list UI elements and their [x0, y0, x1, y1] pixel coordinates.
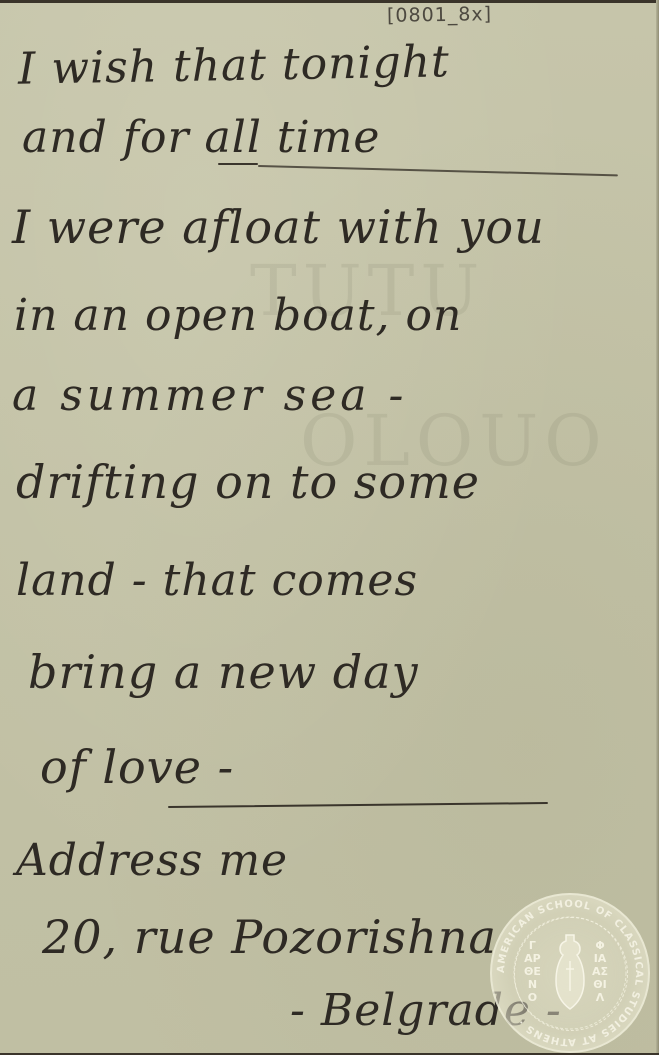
underline-stroke	[258, 165, 618, 176]
archive-seal: AMERICAN SCHOOL OF CLASSICAL STUDIES AT …	[490, 893, 650, 1053]
handwritten-line-9: of love -	[40, 740, 234, 794]
seal-left-letters: Γ ΑΡ ΘΕ Ν Ο	[524, 939, 541, 1004]
handwritten-line-1: I wish that tonight	[18, 36, 451, 95]
handwritten-line-10: Address me	[16, 835, 288, 886]
handwritten-line-11: 20, rue Pozorishna	[42, 910, 497, 964]
scan-top-edge	[0, 0, 659, 3]
handwritten-line-8: bring a new day	[28, 645, 419, 699]
seal-right-letters: Φ ΙΑ ΑΣ ΘΙ Λ	[592, 939, 608, 1004]
divider-line	[168, 802, 548, 808]
amphora-icon	[554, 933, 586, 1011]
letter-page: TUTU OLOUO [0801_8x] I wish that tonight…	[0, 0, 659, 1055]
handwritten-line-4: in an open boat, on	[14, 290, 462, 341]
underline-all	[218, 163, 258, 165]
handwritten-line-5: a summer sea -	[12, 370, 407, 421]
handwritten-line-6: drifting on to some	[16, 455, 480, 509]
handwritten-line-2: and for all time	[22, 112, 380, 163]
handwritten-line-7: land - that comes	[16, 555, 418, 606]
handwritten-line-3: I were afloat with you	[12, 200, 545, 254]
archive-reference: [0801_8x]	[387, 3, 492, 27]
